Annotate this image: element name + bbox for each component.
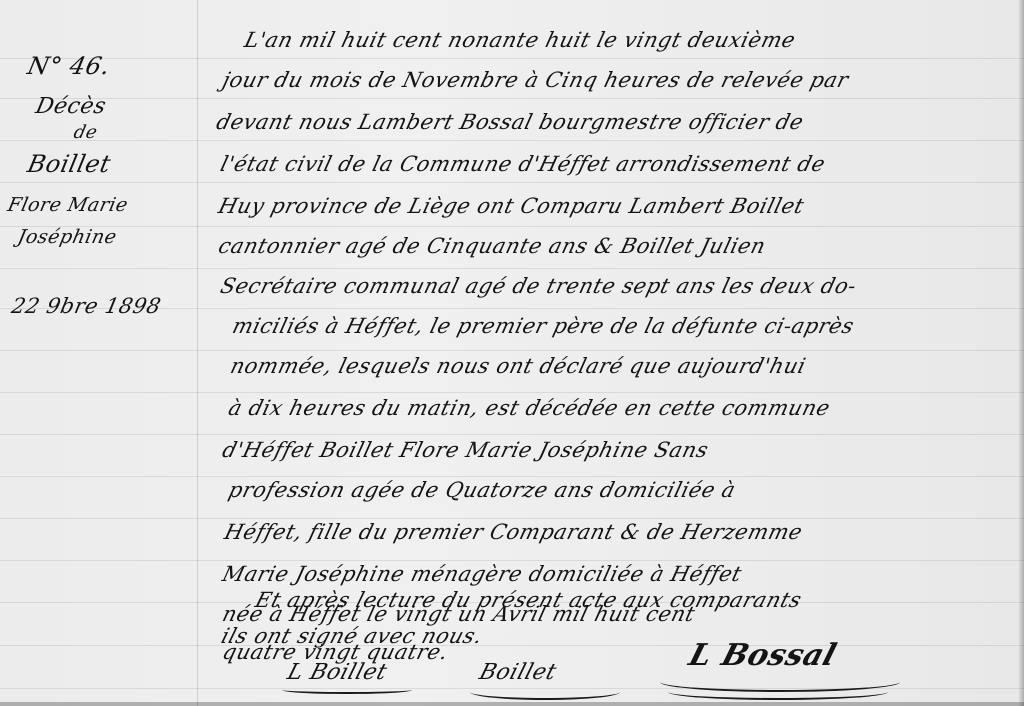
signature-flourish	[282, 686, 412, 694]
body-line: miciliés à Héffet, le premier père de la…	[230, 314, 857, 338]
body-line: Marie Joséphine ménagère domiciliée à Hé…	[220, 562, 744, 586]
act-type: Décès	[33, 94, 108, 119]
body-line: d'Héffet Boillet Flore Marie Joséphine S…	[220, 438, 711, 462]
body-line: nommée, lesquels nous ont déclaré que au…	[228, 354, 808, 378]
body-line: jour du mois de Novembre à Cinq heures d…	[220, 68, 851, 92]
page-edge	[1018, 0, 1024, 706]
signature-mayor: L Bossal	[685, 638, 841, 673]
body-line: Héffet, fille du premier Comparant & de …	[222, 520, 805, 544]
margin-divider	[197, 0, 198, 706]
ruled-line	[0, 645, 1024, 646]
ruled-line	[0, 226, 1024, 227]
body-line: L'an mil huit cent nonante huit le vingt…	[242, 28, 798, 52]
closing-line: ils ont signé avec nous.	[219, 624, 486, 648]
body-line: cantonnier agé de Cinquante ans & Boille…	[216, 234, 768, 258]
deceased-given-names: Flore Marie	[6, 194, 130, 216]
ruled-line	[0, 392, 1024, 393]
record-date: 22 9bre 1898	[9, 294, 163, 318]
signature-secretary: Boillet	[476, 660, 559, 685]
body-line: devant nous Lambert Bossal bourgmestre o…	[214, 110, 806, 134]
ruled-line	[0, 268, 1024, 269]
body-line: Secrétaire communal agé de trente sept a…	[218, 274, 859, 298]
body-line: Huy province de Liège ont Comparu Lamber…	[216, 194, 807, 218]
document-page: N° 46. Décès de Boillet Flore Marie José…	[0, 0, 1024, 706]
signature-flourish	[470, 684, 620, 700]
deceased-given-names-2: Joséphine	[16, 226, 119, 248]
ruled-line	[0, 350, 1024, 351]
signature-flourish	[668, 684, 888, 700]
body-line: à dix heures du matin, est décédée en ce…	[226, 396, 833, 420]
closing-line: Et après lecture du présent acte aux com…	[253, 588, 805, 612]
ruled-line	[0, 476, 1024, 477]
ruled-line	[0, 182, 1024, 183]
margin-preposition: de	[72, 122, 100, 143]
body-line: profession agée de Quatorze ans domicili…	[226, 478, 738, 502]
record-number: N° 46.	[25, 52, 113, 80]
ruled-line	[0, 560, 1024, 561]
ruled-line	[0, 58, 1024, 59]
deceased-surname: Boillet	[25, 150, 113, 178]
signature-father: L Boillet	[284, 660, 390, 685]
ruled-line	[0, 434, 1024, 435]
page-edge	[0, 702, 1024, 706]
ruled-line	[0, 98, 1024, 99]
ruled-line	[0, 140, 1024, 141]
body-line: l'état civil de la Commune d'Héffet arro…	[218, 152, 828, 176]
ruled-line	[0, 518, 1024, 519]
